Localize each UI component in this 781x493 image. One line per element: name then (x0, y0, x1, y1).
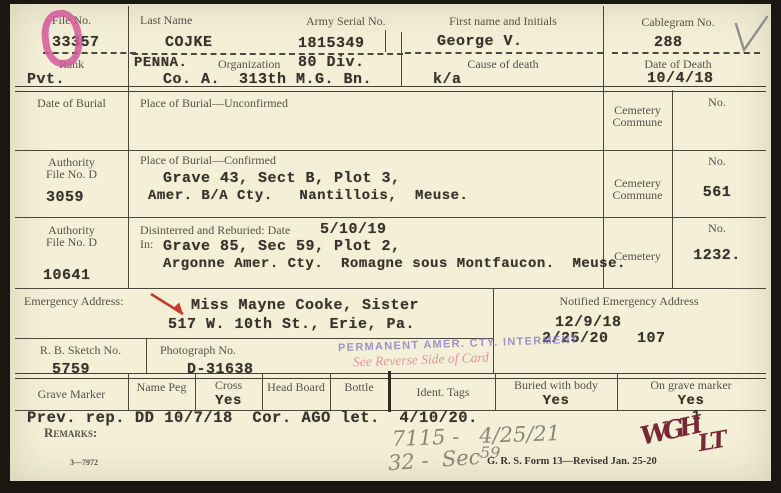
organization-label: Organization (218, 58, 280, 71)
first-name-label: First name and Initials (403, 15, 603, 28)
date-of-burial-label: Date of Burial (15, 97, 128, 110)
last-name-label: Last Name (140, 14, 192, 27)
emergency-name-value: Miss Mayne Cooke, Sister (191, 298, 419, 313)
ident-tags-label: Ident. Tags (391, 386, 495, 399)
buried-with-body-label: Buried with body (495, 379, 617, 392)
cross-value: Yes (195, 394, 262, 409)
emergency-address-label: Emergency Address: (24, 295, 123, 308)
handwritten-remark-line2: 32 - Sec (387, 445, 481, 475)
unit-value: Co. A. 313th M.G. Bn. (163, 72, 372, 87)
handwritten-initials-wgh: WGH (638, 410, 701, 450)
photograph-value: D-31638 (187, 362, 254, 377)
on-grave-marker-label: On grave marker (617, 379, 765, 392)
pencil-checkmark-icon (730, 12, 772, 56)
reburial-place-line1: Grave 85, Sec 59, Plot 2, (163, 239, 401, 254)
army-serial-value: 1815349 (298, 36, 365, 51)
last-name-value: COJKE (165, 35, 213, 50)
buried-with-body-value: Yes (495, 394, 617, 409)
burial-place-line1: Grave 43, Sect B, Plot 3, (163, 171, 401, 186)
grid-line (385, 30, 386, 52)
remarks-label: Remarks: (44, 426, 97, 439)
authority-no-value: 3059 (46, 190, 84, 205)
division-value: 80 Div. (298, 55, 365, 70)
authority-no-value: 10641 (43, 268, 91, 283)
emergency-street-value: 517 W. 10th St., Erie, Pa. (168, 317, 415, 332)
head-board-label: Head Board (262, 381, 330, 394)
first-name-value: George V. (437, 34, 523, 49)
cemetery-no-value: 561 (672, 185, 762, 200)
grid-line (603, 6, 604, 288)
name-peg-label: Name Peg (128, 381, 195, 394)
rank-value: Pvt. (27, 72, 65, 87)
grid-line (146, 338, 147, 373)
see-reverse-stamp: See Reverse Side of Card (353, 350, 489, 371)
rb-sketch-value: 5759 (52, 362, 90, 377)
prev-rep-line: Prev. rep. DD 10/7/18 Cor. AGO let. 4/10… (27, 411, 478, 426)
notified-emergency-label: Notified Emergency Address (493, 295, 765, 308)
grid-line (128, 6, 129, 288)
date-of-death-value: 10/4/18 (647, 71, 714, 86)
handwritten-initials-lt: LT (696, 426, 728, 457)
burial-place-line2: Amer. B/A Cty. Nantillois, Meuse. (148, 189, 468, 204)
disinterred-label: Disinterred and Reburied: Date (140, 224, 290, 237)
cemetery-no-label: No. (672, 155, 762, 168)
grid-line (15, 288, 766, 289)
authority-label: File No. D (15, 168, 128, 181)
cemetery-no-value: 1232. (672, 248, 762, 263)
rb-sketch-label: R. B. Sketch No. (15, 344, 146, 357)
state-value: PENNA. (134, 56, 187, 71)
place-confirmed-label: Place of Burial—Confirmed (140, 154, 276, 167)
army-serial-label: Army Serial No. (306, 15, 386, 28)
place-unconfirmed-label: Place of Burial—Unconfirmed (140, 97, 288, 110)
ruled-line (405, 52, 603, 54)
reburial-place-line2: Argonne Amer. Cty. Romagne sous Montfauc… (163, 257, 626, 272)
burial-card: File No. 33357 Last Name COJKE Army Seri… (10, 4, 771, 481)
grave-marker-label: Grave Marker (15, 388, 128, 401)
authority-label: File No. D (15, 236, 128, 249)
cause-of-death-label: Cause of death (403, 58, 603, 71)
form-id: G. R. S. Form 13—Revised Jan. 25-20 (487, 455, 657, 468)
cause-of-death-value: k/a (433, 72, 462, 87)
bottle-label: Bottle (330, 381, 388, 394)
cemetery-no-label: No. (672, 222, 762, 235)
photograph-label: Photograph No. (160, 344, 236, 357)
cross-label: Cross (195, 379, 262, 392)
cablegram-value: 288 (654, 35, 683, 50)
reburial-date-value: 5/10/19 (320, 222, 387, 237)
cemetery-label: Cemetery (603, 250, 672, 263)
grid-line (401, 32, 402, 86)
cemetery-commune-label: Commune (603, 189, 672, 202)
cemetery-commune-label: Commune (603, 116, 672, 129)
notified-date1-value: 12/9/18 (555, 315, 622, 330)
on-grave-marker-value: Yes (617, 394, 765, 409)
cemetery-no-label: No. (672, 96, 762, 109)
print-code: 3—7972 (70, 456, 98, 469)
in-label: In: (140, 238, 153, 251)
